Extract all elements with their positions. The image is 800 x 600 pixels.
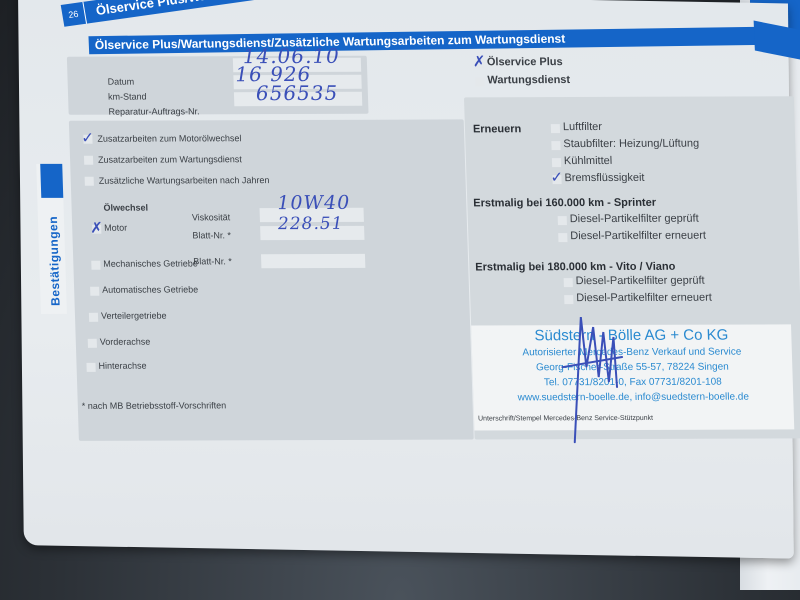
vito-dpf-checked-label: Diesel-Partikelfilter geprüft [576, 275, 705, 287]
mech-sheet-no-field[interactable] [261, 254, 365, 268]
dust-filter-checkbox[interactable] [551, 141, 560, 150]
top-tab: 26 Ölservice Plus/Wartungsdienst [61, 0, 355, 27]
additional-service-label: Zusatzarbeiten zum Wartungsdienst [98, 154, 242, 165]
coolant-label: Kühlmittel [564, 155, 613, 167]
coolant-checkbox[interactable] [552, 158, 561, 167]
page-number: 26 [67, 2, 87, 26]
additional-service-checkbox[interactable] [84, 156, 93, 165]
sprinter-heading: Erstmalig bei 160.000 km - Sprinter [473, 197, 656, 210]
wartungsdienst-label: Wartungsdienst [487, 74, 570, 86]
top-tab-title: Ölservice Plus/Wartungsdienst [95, 0, 286, 18]
front-axle-checkbox[interactable] [88, 339, 97, 348]
check-icon: ✓ [550, 170, 563, 185]
rear-axle-checkbox[interactable] [86, 363, 95, 372]
yearly-work-checkbox[interactable] [85, 177, 94, 186]
viscosity-value: 10W40 [277, 192, 351, 214]
x-check-icon: ✗ [90, 221, 103, 236]
front-axle-label: Vorderachse [100, 337, 151, 347]
mech-gearbox-label: Mechanisches Getriebe [103, 258, 198, 268]
date-label: Datum [107, 77, 134, 87]
footnote: * nach MB Betriebsstoff-Vorschriften [82, 400, 227, 411]
vito-heading: Erstmalig bei 180.000 km - Vito / Viano [475, 261, 675, 274]
rear-axle-label: Hinterachse [98, 361, 146, 371]
side-tab-label: Bestätigungen [45, 196, 63, 326]
sheet-no-value: 228.51 [278, 214, 344, 234]
dust-filter-label: Staubfilter: Heizung/Lüftung [563, 138, 699, 150]
sprinter-dpf-checked-checkbox[interactable] [558, 216, 567, 225]
service-form: Bestätigungen Datum km-Stand Reparatur-A… [63, 46, 800, 449]
oil-change-panel [69, 119, 474, 441]
mech-gearbox-checkbox[interactable] [91, 261, 100, 270]
x-check-icon: ✗ [473, 54, 486, 69]
auto-gearbox-checkbox[interactable] [90, 287, 99, 296]
transfer-case-label: Verteilergetriebe [101, 311, 167, 321]
vito-dpf-renewed-label: Diesel-Partikelfilter erneuert [576, 292, 712, 304]
signature-scribble [541, 307, 635, 447]
side-tab-marker [40, 164, 63, 198]
auto-gearbox-label: Automatisches Getriebe [102, 284, 198, 294]
yearly-work-label: Zusätzliche Wartungsarbeiten nach Jahren [99, 175, 270, 186]
km-label: km-Stand [108, 92, 147, 102]
sprinter-dpf-checked-label: Diesel-Partikelfilter geprüft [570, 213, 699, 225]
mech-sheet-no-label: Blatt-Nr. * [193, 256, 232, 266]
side-tab: Bestätigungen [36, 164, 67, 314]
service-booklet-page: 26 Ölservice Plus/Wartungsdienst Ölservi… [18, 0, 794, 559]
sheet-no-label: Blatt-Nr. * [192, 230, 231, 240]
brake-fluid-label: Bremsflüssigkeit [564, 172, 644, 184]
order-no-value: 656535 [256, 81, 339, 105]
transfer-case-checkbox[interactable] [89, 313, 98, 322]
order-no-label: Reparatur-Auftrags-Nr. [108, 106, 199, 116]
check-icon: ✓ [81, 131, 94, 146]
oelservice-plus-label: Ölservice Plus [487, 56, 563, 68]
sprinter-dpf-renewed-checkbox[interactable] [558, 233, 567, 242]
vito-dpf-renewed-checkbox[interactable] [564, 295, 573, 304]
motor-label: Motor [104, 223, 127, 233]
air-filter-label: Luftfilter [563, 121, 602, 133]
wartungsdienst-checkbox[interactable] [475, 77, 484, 86]
additional-oil-label: Zusatzarbeiten zum Motorölwechsel [97, 133, 241, 144]
renew-heading: Erneuern [473, 123, 522, 135]
viscosity-label: Viskosität [192, 212, 231, 222]
sprinter-dpf-renewed-label: Diesel-Partikelfilter erneuert [570, 230, 706, 242]
oil-change-heading: Ölwechsel [103, 203, 148, 213]
air-filter-checkbox[interactable] [551, 124, 560, 133]
vito-dpf-checked-checkbox[interactable] [564, 278, 573, 287]
